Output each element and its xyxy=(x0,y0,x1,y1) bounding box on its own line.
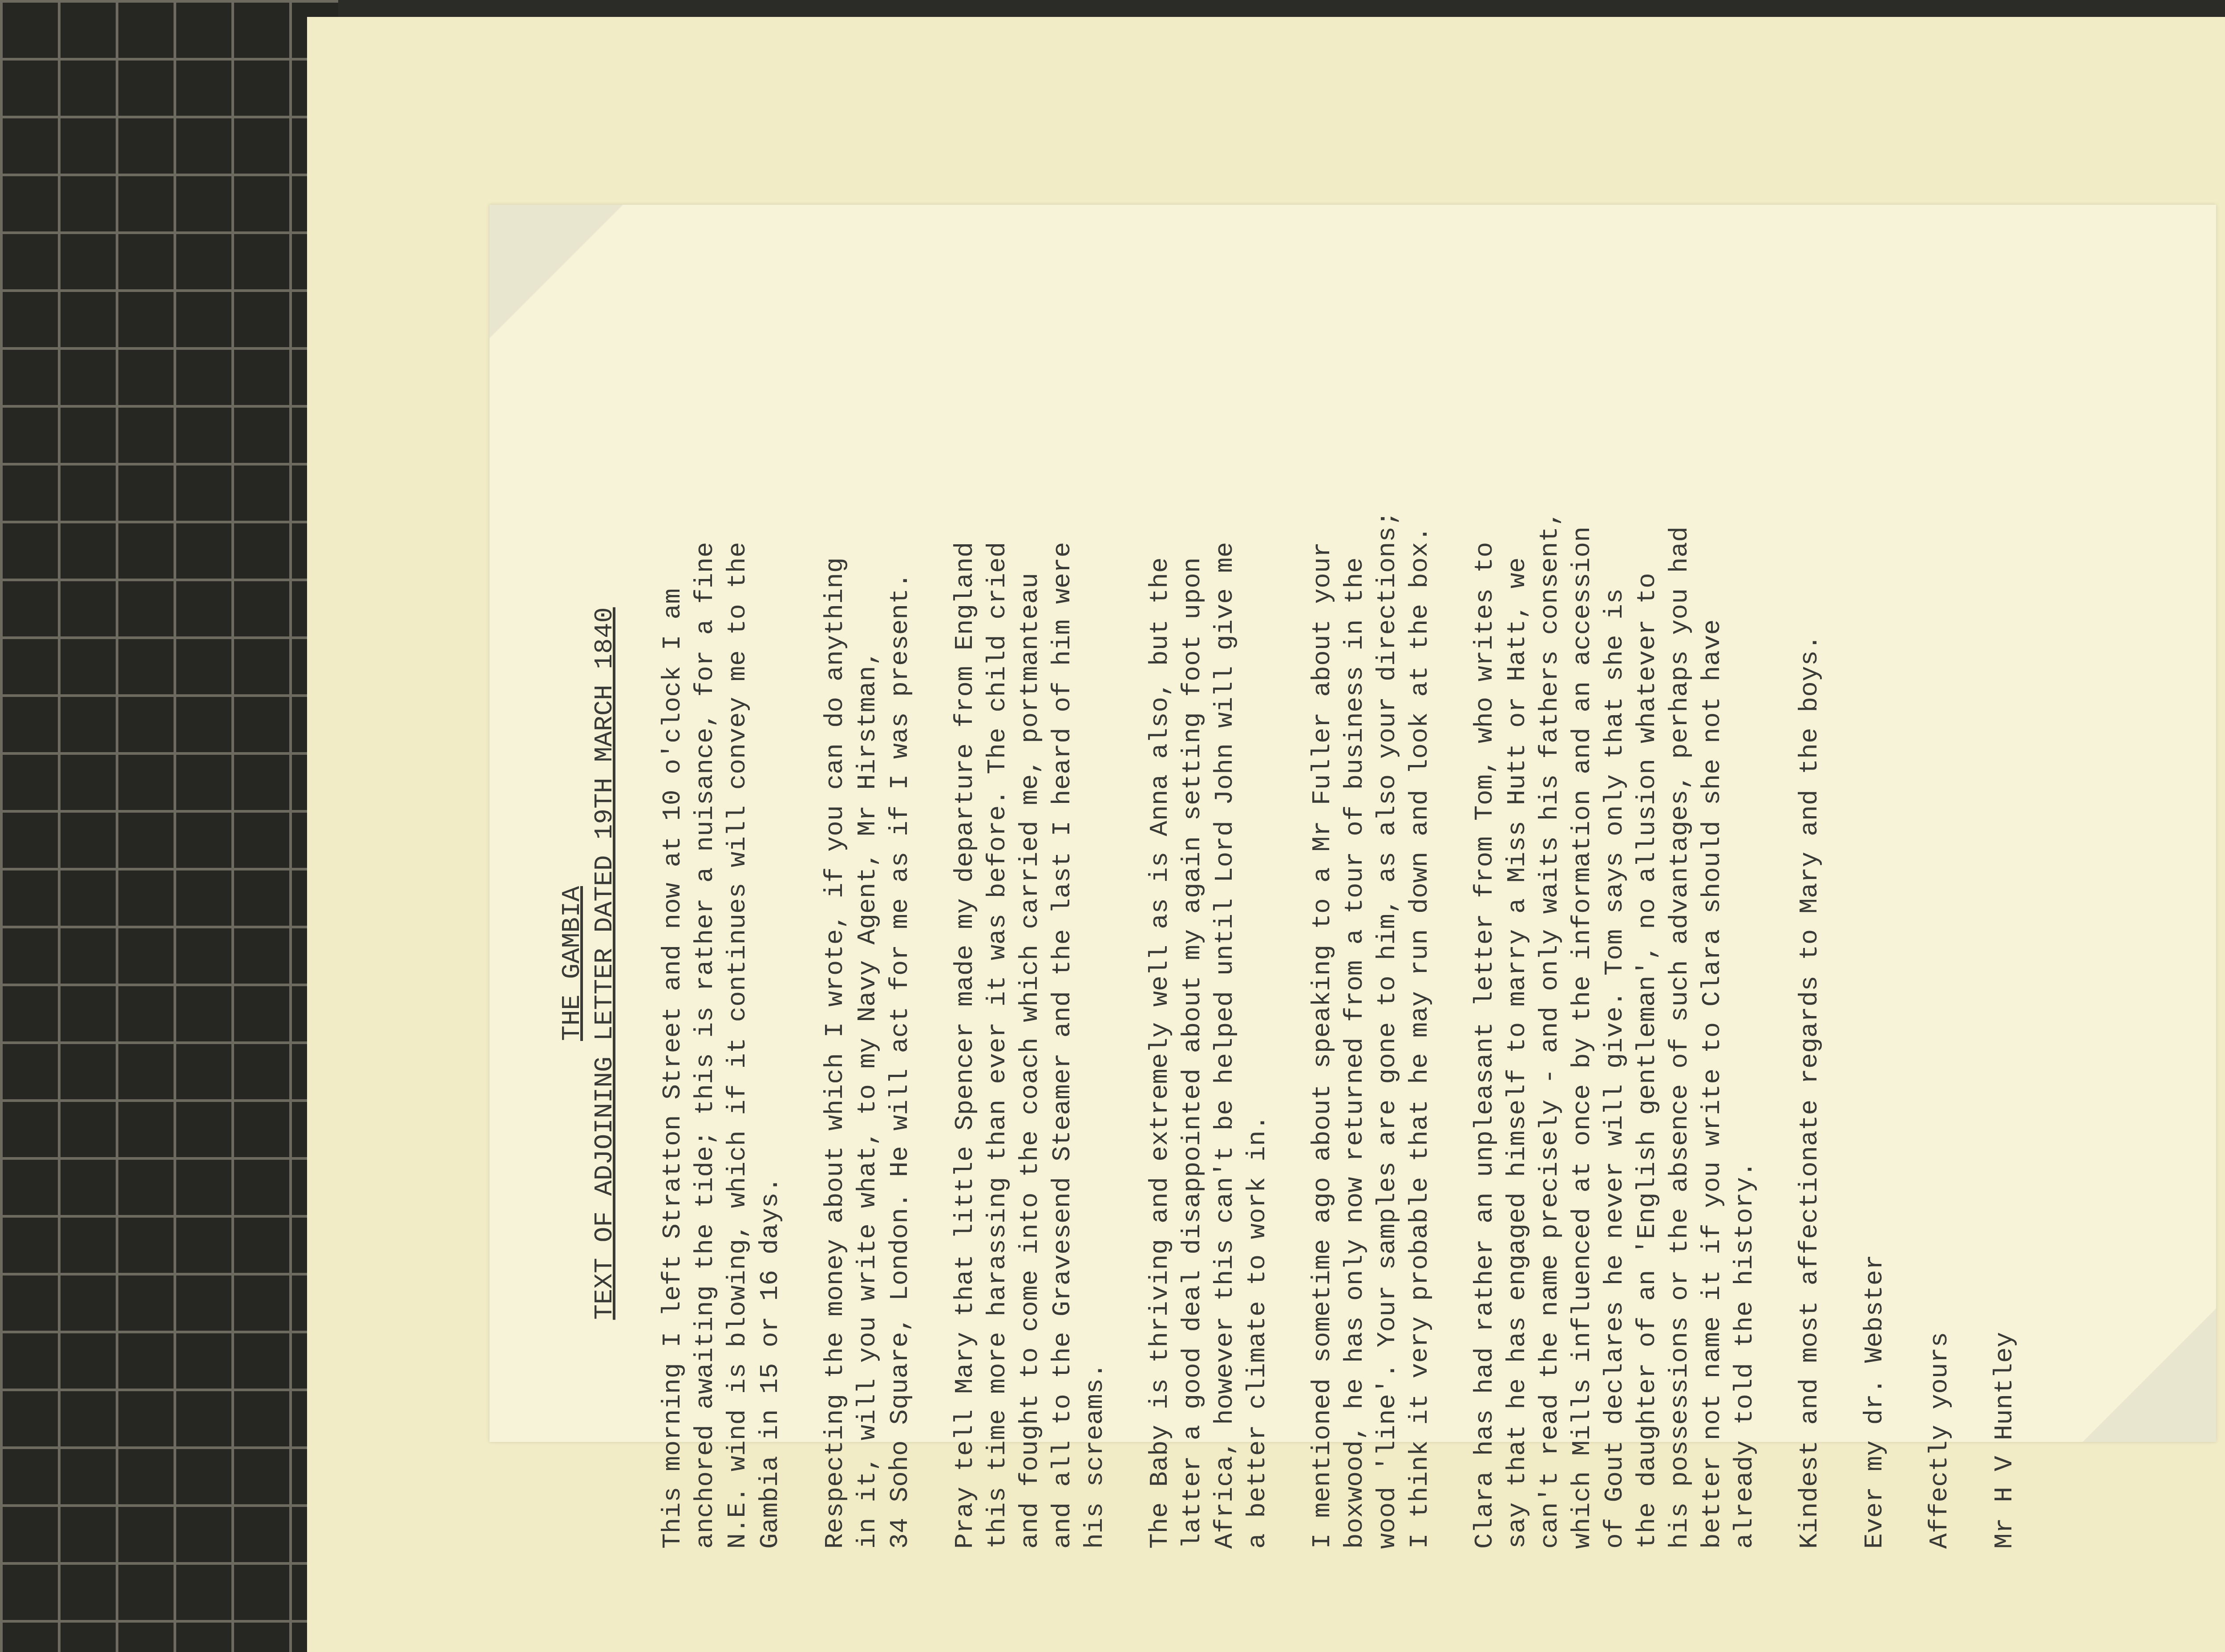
paragraph: Pray tell Mary that little Spencer made … xyxy=(949,347,1112,1549)
paragraph: Kindest and most affectionate regards to… xyxy=(1794,347,1826,1549)
paragraph: Respecting the money about which I wrote… xyxy=(819,347,917,1549)
photo-corner xyxy=(489,205,623,338)
cutting-mat-background xyxy=(0,0,338,1652)
document-title: THE GAMBIA xyxy=(556,347,589,1580)
letter-transcript: THE GAMBIA TEXT OF ADJOINING LETTER DATE… xyxy=(556,347,2054,1549)
signoff: Affectly yours xyxy=(1924,347,1956,1549)
document-subtitle: TEXT OF ADJOINING LETTER DATED 19TH MARC… xyxy=(589,347,621,1580)
paragraph: Clara has had rather an unpleasant lette… xyxy=(1469,347,1761,1549)
signature: Mr H V Huntley xyxy=(1989,347,2021,1549)
photo-corner xyxy=(2083,1308,2216,1442)
paragraph: I mentioned sometime ago about speaking … xyxy=(1307,347,1436,1549)
paragraph: The Baby is thriving and extremely well … xyxy=(1144,347,1274,1549)
closing: Ever my dr. Webster xyxy=(1859,347,1891,1549)
paragraph: This morning I left Stratton Street and … xyxy=(657,347,787,1549)
